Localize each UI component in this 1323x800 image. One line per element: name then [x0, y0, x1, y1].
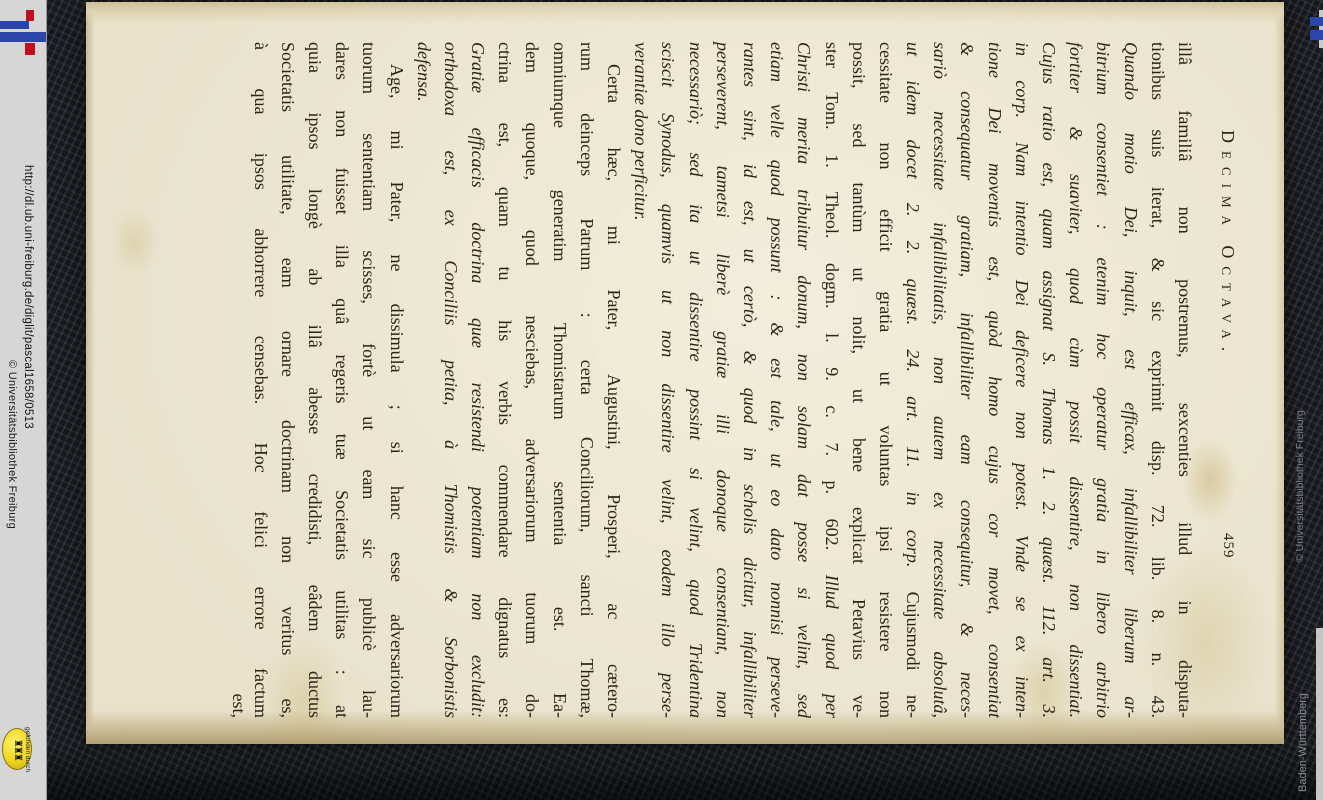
text-line: Societatis utilitate, eam ornare doctrin… — [274, 42, 301, 718]
text-line: necessariò; sed ita ut dissentire possin… — [681, 42, 708, 718]
text-segment: orthodoxa est, ex Conciliis petita, à Th… — [441, 42, 461, 718]
text-line: etiam velle quod possunt : & est tale, u… — [763, 42, 790, 718]
text-segment: illâ familiâ non postremus, sexcenties i… — [1175, 42, 1195, 718]
registration-mark-red-top — [26, 10, 34, 21]
book-scan-view: { "page": { "header": { "title": "Decima… — [0, 0, 1323, 800]
text-segment: omniumque generatim Thomistarum sententi… — [550, 42, 570, 718]
text-line: rum deinceps Patrum : certa Conciliorum,… — [573, 42, 600, 718]
text-line: cessitate non efficit gratia ut voluntas… — [872, 42, 899, 718]
copyright-watermark-right: © Universitätsbibliothek Freiburg — [1294, 410, 1306, 562]
region-watermark: Baden-Württemberg — [1297, 693, 1309, 792]
text-segment: Certa hæc, mi Pater, Augustini, Prosperi… — [604, 64, 624, 718]
text-segment: Gratiæ efficacis doctrina quæ resistendi… — [468, 42, 488, 718]
text-line: dares non fuisset illa quâ regeris tuæ S… — [328, 42, 355, 718]
text-line: sariò necessitate infallibilitatis, non … — [926, 42, 953, 718]
registration-mark-red-bottom — [25, 43, 35, 55]
text-line: ut idem docet 2. 2. quæst. 24. art. 11. … — [899, 42, 926, 718]
scanner-strip: http://dl.ub.uni-freiburg.de/diglit/pasc… — [0, 0, 47, 800]
text-line: ster Tom. 1. Theol. dogm. l. 9. c. 7. p.… — [817, 42, 844, 718]
text-segment: quia ipsos longè ab illâ abesse credidis… — [305, 42, 325, 718]
text-line: in corp. Nam intentio Dei deficere non p… — [1008, 42, 1035, 718]
text-line: rantes sint, id est, ut certò, & quod in… — [736, 42, 763, 718]
text-line: Cujus ratio est, quam assignat S. Thomas… — [1035, 42, 1062, 718]
text-line: defensa. — [410, 42, 437, 718]
text-line: quia ipsos longè ab illâ abesse credidis… — [301, 42, 328, 718]
text-line: omniumque generatim Thomistarum sententi… — [546, 42, 573, 718]
text-line: & consequatur gratiam, infallibiliter ea… — [953, 42, 980, 718]
text-segment: sariò necessitate infallibilitatis, non … — [930, 42, 950, 718]
text-line: sciscit Synodus, quamvis ut non dissenti… — [654, 42, 681, 718]
seal-caption: gefunden durch — [24, 727, 31, 772]
page-number: 459 — [1219, 533, 1236, 559]
text-segment: dem quoque, quod nesciebas, adversarioru… — [523, 42, 543, 718]
page-header: Decima Octava. 459 — [1212, 2, 1238, 744]
text-line: fortiter & suaviter, quod cùm possit dis… — [1062, 42, 1089, 718]
fabric-shadow — [0, 745, 1323, 800]
text-segment: bitrium consentiet : etenim hoc operatur… — [1093, 42, 1113, 718]
scanned-page: Decima Octava. 459 illâ familiâ non post… — [86, 2, 1284, 744]
text-line: illâ familiâ non postremus, sexcenties i… — [1171, 42, 1198, 718]
text-segment: fortiter & suaviter, quod cùm possit dis… — [1066, 42, 1086, 718]
text-line: ctrina est, quam tu his verbis commendar… — [491, 42, 518, 718]
text-segment: cessitate non efficit gratia ut voluntas… — [876, 42, 896, 718]
text-line: possit, sed tantùm ut nolit, ut bene exp… — [845, 42, 872, 718]
text-segment: sciscit Synodus, quamvis ut non dissenti… — [658, 42, 678, 718]
right-edge-strip-top — [1319, 10, 1323, 48]
text-line: tuorum sententiam scisses, fortè ut eam … — [355, 42, 382, 718]
text-line: perseverent, tametsi liberè gratiæ illi … — [709, 42, 736, 718]
text-segment: Cujus ratio est, quam assignat S. Thomas… — [1039, 42, 1059, 718]
text-line: Christi merita tribuitur donum, non sola… — [790, 42, 817, 718]
text-segment: Quando motio Dei, inquit, est efficax, i… — [1121, 42, 1141, 718]
text-segment: tione Dei moventis est, quòd homo cujus … — [985, 42, 1005, 718]
text-line: verantiæ dono perficitur. — [627, 42, 654, 718]
body-lines: illâ familiâ non postremus, sexcenties i… — [246, 42, 1198, 718]
source-url-watermark: http://dl.ub.uni-freiburg.de/diglit/pasc… — [22, 165, 34, 800]
running-title: Decima Octava. — [1217, 130, 1238, 359]
text-line: dem quoque, quod nesciebas, adversarioru… — [518, 42, 545, 718]
copyright-watermark: © Universitätsbibliothek Freiburg — [6, 165, 18, 800]
text-segment: Age, mi Pater, ne dissimula ; si hanc es… — [387, 64, 407, 718]
text-line: tionibus suis iterat, & sic exprimit dis… — [1144, 42, 1171, 718]
text-segment: in corp. Nam intentio Dei deficere non p… — [1012, 42, 1032, 718]
text-segment: tionibus suis iterat, & sic exprimit dis… — [1148, 42, 1168, 718]
catchword: est, — [225, 42, 252, 718]
right-edge-strip-bottom — [1316, 628, 1323, 800]
text-segment: rum deinceps Patrum : certa Conciliorum,… — [577, 42, 597, 718]
text-line: tione Dei moventis est, quòd homo cujus … — [981, 42, 1008, 718]
text-segment: perseverent, tametsi liberè gratiæ illi … — [713, 42, 733, 718]
text-segment: Illud quod per — [822, 575, 842, 718]
text-line: Quando motio Dei, inquit, est efficax, i… — [1116, 42, 1143, 718]
registration-mark-blue-right-1 — [1310, 17, 1323, 26]
text-segment: defensa. — [414, 42, 434, 101]
text-segment: ctrina est, quam tu his verbis commendar… — [495, 42, 515, 718]
text-segment: etiam velle quod possunt : & est tale, u… — [767, 42, 787, 718]
text-segment: possit, sed tantùm ut nolit, ut bene exp… — [849, 42, 869, 718]
text-segment: & consequatur gratiam, infallibiliter ea… — [958, 42, 978, 718]
registration-mark-blue-long — [0, 32, 46, 42]
text-segment: à qua ipsos abhorrere censebas. Hoc feli… — [251, 42, 271, 718]
text-line: Gratiæ efficacis doctrina quæ resistendi… — [464, 42, 491, 718]
text-segment: dares non fuisset illa quâ regeris tuæ S… — [332, 42, 352, 718]
text-line: orthodoxa est, ex Conciliis petita, à Th… — [437, 42, 464, 718]
registration-mark-blue-short — [0, 21, 29, 29]
text-segment: rantes sint, id est, ut certò, & quod in… — [740, 42, 760, 718]
text-segment: Societatis utilitate, eam ornare doctrin… — [278, 42, 298, 718]
text-segment: ster Tom. 1. Theol. dogm. l. 9. c. 7. p.… — [822, 42, 842, 575]
text-segment: Cujusmodi ne- — [903, 592, 923, 718]
text-segment: necessariò; sed ita ut dissentire possin… — [686, 42, 706, 718]
seal-figures-icon: ♜♜♜ — [12, 739, 23, 760]
text-line: Certa hæc, mi Pater, Augustini, Prosperi… — [600, 42, 627, 718]
watermark-text-block: http://dl.ub.uni-freiburg.de/diglit/pasc… — [6, 165, 34, 800]
text-segment: ut idem docet 2. 2. quæst. 24. art. 11. … — [903, 42, 923, 592]
text-line: bitrium consentiet : etenim hoc operatur… — [1089, 42, 1116, 718]
text-segment: verantiæ dono perficitur. — [631, 42, 651, 221]
text-line: Age, mi Pater, ne dissimula ; si hanc es… — [382, 42, 409, 718]
registration-mark-blue-right-2 — [1310, 30, 1323, 40]
text-segment: Christi merita tribuitur donum, non sola… — [794, 42, 814, 718]
text-segment: tuorum sententiam scisses, fortè ut eam … — [359, 42, 379, 718]
